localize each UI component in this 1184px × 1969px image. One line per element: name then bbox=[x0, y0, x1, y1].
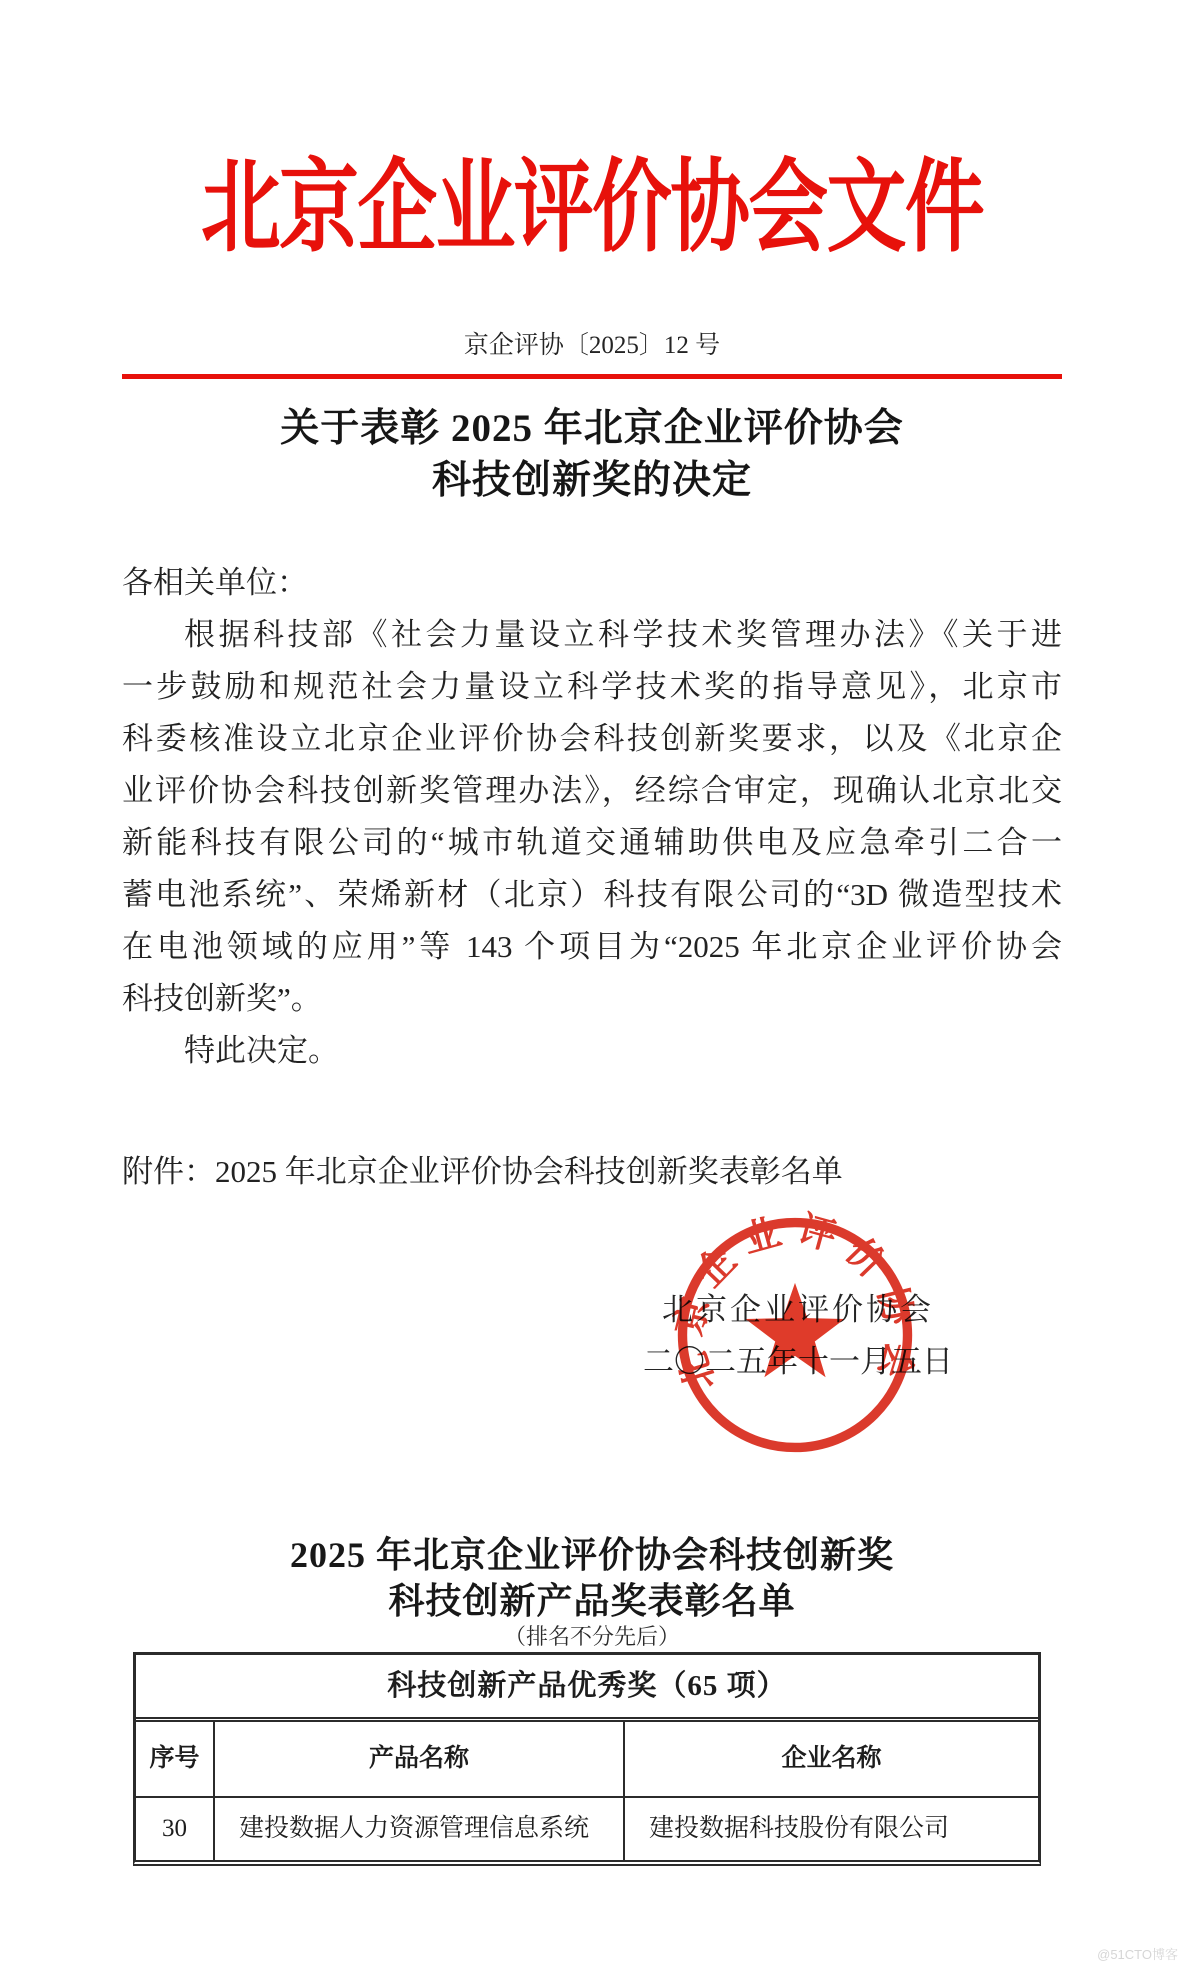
paragraph-line: 在电池领域的应用”等 143 个项目为“2025 年北京企业评价协会 bbox=[122, 921, 1062, 973]
closing-line: 特此决定。 bbox=[122, 1025, 1062, 1077]
cell-product-name: 建投数据人力资源管理信息系统 bbox=[215, 1798, 625, 1860]
table-row: 30 建投数据人力资源管理信息系统 建投数据科技股份有限公司 bbox=[136, 1798, 1038, 1860]
paragraph-line: 科技创新奖”。 bbox=[122, 973, 1062, 1025]
signature-date: 二〇二五年十一月五日 bbox=[560, 1336, 1036, 1388]
annex-note: （排名不分先后） bbox=[0, 1624, 1184, 1650]
decision-title: 关于表彰 2025 年北京企业评价协会 科技创新奖的决定 bbox=[0, 403, 1184, 507]
document-body: 各相关单位： 根据科技部《社会力量设立科学技术奖管理办法》《关于进 一步鼓励和规… bbox=[122, 557, 1062, 1077]
watermark: @51CTO博客 bbox=[1097, 1944, 1178, 1963]
column-header: 产品名称 bbox=[215, 1722, 625, 1796]
paragraph-line: 蓄电池系统”、荣烯新材（北京）科技有限公司的“3D 微造型技术 bbox=[122, 869, 1062, 921]
red-divider-line bbox=[122, 374, 1062, 379]
column-header: 企业名称 bbox=[625, 1722, 1038, 1796]
signature-org: 北京企业评价协会 bbox=[560, 1284, 1036, 1336]
document-page: 北京企业评价协会文件 京企评协〔2025〕12 号 关于表彰 2025 年北京企… bbox=[0, 0, 1184, 1969]
attachment-line: 附件：2025 年北京企业评价协会科技创新奖表彰名单 bbox=[122, 1146, 1062, 1198]
paragraph-line: 一步鼓励和规范社会力量设立科学技术奖的指导意见》，北京市 bbox=[122, 661, 1062, 713]
decision-paragraph: 根据科技部《社会力量设立科学技术奖管理办法》《关于进 一步鼓励和规范社会力量设立… bbox=[122, 609, 1062, 1025]
cell-company-name: 建投数据科技股份有限公司 bbox=[625, 1798, 1038, 1860]
paragraph-line: 新能科技有限公司的“城市轨道交通辅助供电及应急牵引二合一 bbox=[122, 817, 1062, 869]
salutation: 各相关单位： bbox=[122, 557, 1062, 609]
annex-title-line1: 2025 年北京企业评价协会科技创新奖 bbox=[0, 1533, 1184, 1577]
table-body: 30 建投数据人力资源管理信息系统 建投数据科技股份有限公司 bbox=[136, 1798, 1038, 1860]
doc-number: 京企评协〔2025〕12 号 bbox=[0, 324, 1184, 368]
paragraph-line: 根据科技部《社会力量设立科学技术奖管理办法》《关于进 bbox=[122, 609, 1062, 661]
table-band: 科技创新产品优秀奖（65 项） bbox=[136, 1655, 1038, 1722]
paragraph-line: 业评价协会科技创新奖管理办法》，经综合审定，现确认北京北交 bbox=[122, 765, 1062, 817]
column-header: 序号 bbox=[136, 1722, 215, 1796]
paragraph-line: 科委核准设立北京企业评价协会科技创新奖要求，以及《北京企 bbox=[122, 713, 1062, 765]
cell-index: 30 bbox=[136, 1798, 215, 1860]
masthead-title: 北京企业评价协会文件 bbox=[124, 138, 1059, 278]
decision-title-line1: 关于表彰 2025 年北京企业评价协会 bbox=[0, 403, 1184, 455]
annex-title-line2: 科技创新产品奖表彰名单 bbox=[0, 1579, 1184, 1623]
award-table: 科技创新产品优秀奖（65 项） 序号 产品名称 企业名称 30 建投数据人力资源… bbox=[133, 1652, 1041, 1866]
decision-title-line2: 科技创新奖的决定 bbox=[0, 455, 1184, 507]
signature-block: 北京企业评价协会 二〇二五年十一月五日 bbox=[560, 1284, 1036, 1388]
table-header-row: 序号 产品名称 企业名称 bbox=[136, 1722, 1038, 1798]
